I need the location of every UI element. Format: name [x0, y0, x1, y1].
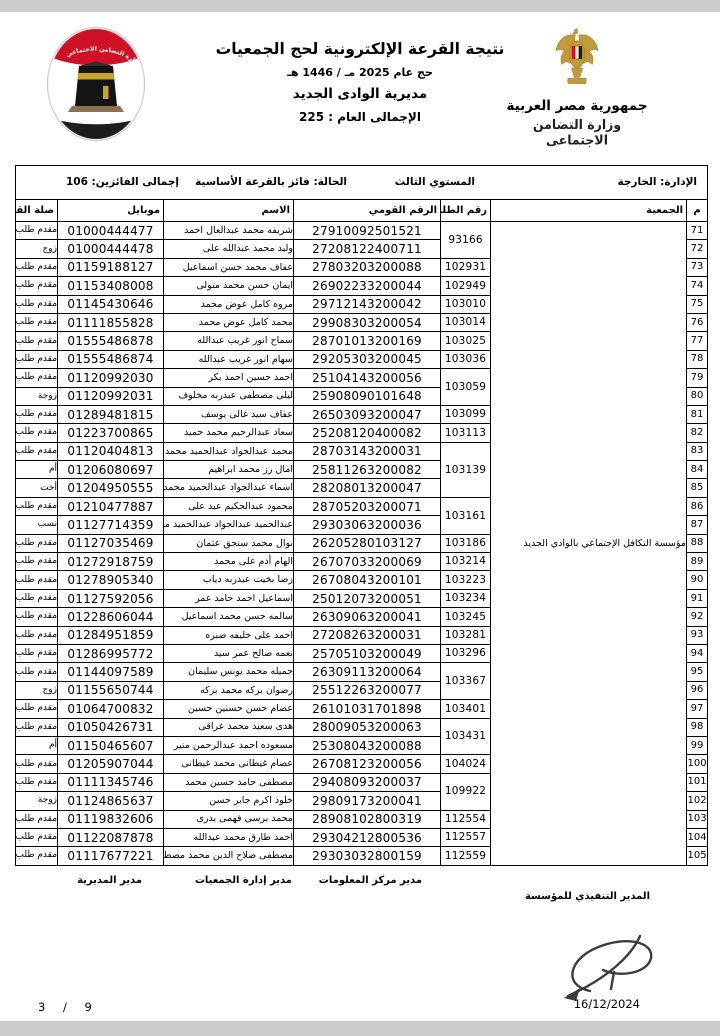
national-id-cell: 26902233200044: [294, 277, 441, 295]
request-number-cell: 103036: [441, 350, 491, 368]
request-number-cell: 103139: [441, 442, 491, 497]
administration-label: الإدارة: الخارجة: [617, 176, 697, 188]
pilgrim-name-cell: اسماء عبدالجواد عبدالحميد محمد: [164, 479, 294, 497]
pilgrim-name-cell: ايمان حسن محمد متولى: [164, 277, 294, 295]
serial-number-cell: 71: [687, 222, 708, 240]
pilgrim-name-cell: احمد على خليفه صبره: [164, 626, 294, 644]
relation-cell: مقدم طلب: [16, 700, 58, 718]
serial-number-cell: 105: [687, 847, 708, 865]
column-header-3: الرقم القومي: [294, 200, 441, 222]
mobile-number-cell: 01210477887: [58, 497, 164, 515]
national-id-cell: 28701013200169: [294, 332, 441, 350]
relation-cell: أم: [16, 736, 58, 754]
national-id-cell: 29205303200045: [294, 350, 441, 368]
serial-number-cell: 74: [687, 277, 708, 295]
relation-cell: مقدم طلب: [16, 608, 58, 626]
pilgrim-name-cell: محمد عبدالجواد عبدالحميد محمد: [164, 442, 294, 460]
national-id-cell: 25012073200051: [294, 589, 441, 607]
pilgrim-name-cell: نعمه صالح عمر سيد: [164, 644, 294, 662]
relation-cell: مقدم طلب: [16, 295, 58, 313]
relation-cell: زوجة: [16, 387, 58, 405]
mobile-number-cell: 01204950555: [58, 479, 164, 497]
serial-number-cell: 78: [687, 350, 708, 368]
pilgrim-name-cell: عصام غيطانى محمد غيطانى: [164, 755, 294, 773]
column-header-4: الاسم: [164, 200, 294, 222]
request-number-cell: 103025: [441, 332, 491, 350]
serial-number-cell: 103: [687, 810, 708, 828]
relation-cell: زوج: [16, 681, 58, 699]
mobile-number-cell: 01127714359: [58, 516, 164, 534]
pilgrim-name-cell: محمد برسى فهمى بدرى: [164, 810, 294, 828]
mobile-number-cell: 01228606044: [58, 608, 164, 626]
hajj-year-line: حج عام 2025 مـ / 1446 هـ: [185, 66, 535, 79]
mobile-number-cell: 01206080697: [58, 461, 164, 479]
pilgrim-name-cell: خلود اكرم جابر حسن: [164, 792, 294, 810]
pilgrim-name-cell: الهام أدم على محمد: [164, 553, 294, 571]
mobile-number-cell: 01284951859: [58, 626, 164, 644]
national-id-cell: 28208013200047: [294, 479, 441, 497]
mobile-number-cell: 01122087878: [58, 828, 164, 846]
national-id-cell: 25908090101648: [294, 387, 441, 405]
document-page: نتيجة القرعة الإلكترونية لحج الجمعيات حج…: [0, 0, 720, 1036]
request-number-cell: 103099: [441, 405, 491, 423]
national-id-cell: 28705203200071: [294, 497, 441, 515]
mobile-number-cell: 01127592056: [58, 589, 164, 607]
request-number-cell: 102949: [441, 277, 491, 295]
request-number-cell: 103401: [441, 700, 491, 718]
pilgrim-name-cell: مصطفى حامد حسين محمد: [164, 773, 294, 791]
relation-cell: مقدم طلب: [16, 405, 58, 423]
relation-cell: نسب: [16, 516, 58, 534]
serial-number-cell: 101: [687, 773, 708, 791]
serial-number-cell: 82: [687, 424, 708, 442]
serial-number-cell: 100: [687, 755, 708, 773]
mobile-number-cell: 01145430646: [58, 295, 164, 313]
relation-cell: مقدم طلب: [16, 571, 58, 589]
mobile-number-cell: 01120992031: [58, 387, 164, 405]
table-row: 71مؤسسة التكافل الإجتماعي بالوادي الجديد…: [16, 222, 708, 240]
pilgrim-name-cell: محمود عبدالحكيم عيد على: [164, 497, 294, 515]
column-header-2: رقم الطلب: [441, 200, 491, 222]
request-number-cell: 103214: [441, 553, 491, 571]
mobile-number-cell: 01153408008: [58, 277, 164, 295]
serial-number-cell: 77: [687, 332, 708, 350]
mobile-number-cell: 01159188127: [58, 258, 164, 276]
national-id-cell: 27803203200088: [294, 258, 441, 276]
mobile-number-cell: 01555486874: [58, 350, 164, 368]
mobile-number-cell: 01120992030: [58, 369, 164, 387]
pilgrim-name-cell: مروه كامل عوض محمد: [164, 295, 294, 313]
serial-number-cell: 80: [687, 387, 708, 405]
mobile-number-cell: 01120404813: [58, 442, 164, 460]
mobile-number-cell: 01000444477: [58, 222, 164, 240]
pilgrim-name-cell: عبدالحميد عبدالجواد عبدالحميد محمد: [164, 516, 294, 534]
relation-cell: مقدم طلب: [16, 424, 58, 442]
serial-number-cell: 83: [687, 442, 708, 460]
table-info-row: الإدارة: الخارجة المستوي الثالث الحالة: …: [16, 166, 708, 200]
relation-cell: مقدم طلب: [16, 497, 58, 515]
column-header-0: م: [687, 200, 708, 222]
mobile-number-cell: 01127035469: [58, 534, 164, 552]
national-id-cell: 26708043200101: [294, 571, 441, 589]
relation-cell: مقدم طلب: [16, 222, 58, 240]
national-id-cell: 27208122400711: [294, 240, 441, 258]
request-number-cell: 103186: [441, 534, 491, 552]
relation-cell: مقدم طلب: [16, 847, 58, 865]
national-id-cell: 29303032800159: [294, 847, 441, 865]
relation-cell: مقدم طلب: [16, 332, 58, 350]
relation-cell: مقدم طلب: [16, 589, 58, 607]
national-id-cell: 26101031701898: [294, 700, 441, 718]
column-header-1: الجمعية: [491, 200, 687, 222]
serial-number-cell: 96: [687, 681, 708, 699]
serial-number-cell: 85: [687, 479, 708, 497]
document-title: نتيجة القرعة الإلكترونية لحج الجمعيات: [185, 40, 535, 58]
request-number-cell: 112559: [441, 847, 491, 865]
national-id-cell: 29809173200041: [294, 792, 441, 810]
pilgrim-name-cell: رضا بخيت عبدربه دياب: [164, 571, 294, 589]
national-id-cell: 28009053200063: [294, 718, 441, 736]
page-current: 3: [38, 1000, 45, 1014]
relation-cell: أخت: [16, 479, 58, 497]
serial-number-cell: 93: [687, 626, 708, 644]
national-id-cell: 25512263200077: [294, 681, 441, 699]
pilgrim-name-cell: احمد طارق محمد عبدالله: [164, 828, 294, 846]
request-number-cell: 103234: [441, 589, 491, 607]
request-number-cell: 109922: [441, 773, 491, 810]
mobile-number-cell: 01155650744: [58, 681, 164, 699]
relation-cell: مقدم طلب: [16, 828, 58, 846]
relation-cell: مقدم طلب: [16, 553, 58, 571]
pilgrim-name-cell: امال رز محمد ابراهيم: [164, 461, 294, 479]
serial-number-cell: 73: [687, 258, 708, 276]
egypt-eagle-icon: [549, 26, 605, 90]
pilgrim-name-cell: احمد حسين احمد بكر: [164, 369, 294, 387]
relation-cell: زوجة: [16, 792, 58, 810]
national-id-cell: 28703143200031: [294, 442, 441, 460]
relation-cell: مقدم طلب: [16, 626, 58, 644]
relation-cell: مقدم طلب: [16, 258, 58, 276]
serial-number-cell: 102: [687, 792, 708, 810]
national-id-cell: 29304212800536: [294, 828, 441, 846]
national-id-cell: 26309063200041: [294, 608, 441, 626]
request-number-cell: 103296: [441, 644, 491, 662]
status-label: الحالة: فائز بالقرعة الأساسية: [195, 176, 347, 188]
kaaba-ministry-badge-icon: وزارة التضامن الاجتماعي: [46, 26, 146, 142]
request-number-cell: 103223: [441, 571, 491, 589]
serial-number-cell: 99: [687, 736, 708, 754]
pilgrim-name-cell: سهام انور غريب عبدالله: [164, 350, 294, 368]
request-number-cell: 103431: [441, 718, 491, 755]
relation-cell: مقدم طلب: [16, 810, 58, 828]
country-name: جمهورية مصر العربية: [502, 98, 652, 114]
mobile-number-cell: 01124865637: [58, 792, 164, 810]
request-number-cell: 103014: [441, 313, 491, 331]
relation-cell: مقدم طلب: [16, 755, 58, 773]
signature-title-associations-admin: مدير إدارة الجمعيات: [195, 875, 292, 886]
mobile-number-cell: 01119832606: [58, 810, 164, 828]
serial-number-cell: 88: [687, 534, 708, 552]
serial-number-cell: 104: [687, 828, 708, 846]
table-header-row: مالجمعيةرقم الطلبالرقم القوميالاسمموبايل…: [16, 200, 708, 222]
mobile-number-cell: 01278905340: [58, 571, 164, 589]
serial-number-cell: 84: [687, 461, 708, 479]
request-number-cell: 103059: [441, 369, 491, 406]
national-id-cell: 25705103200049: [294, 644, 441, 662]
serial-number-cell: 89: [687, 553, 708, 571]
national-id-cell: 29303063200036: [294, 516, 441, 534]
directorate-line: مديرية الوادى الجديد: [185, 86, 535, 102]
mobile-number-cell: 01111345746: [58, 773, 164, 791]
request-number-cell: 112557: [441, 828, 491, 846]
relation-cell: مقدم طلب: [16, 369, 58, 387]
relation-cell: أم: [16, 461, 58, 479]
mobile-number-cell: 01000444478: [58, 240, 164, 258]
request-number-cell: 103281: [441, 626, 491, 644]
request-number-cell: 103113: [441, 424, 491, 442]
mobile-number-cell: 01064700832: [58, 700, 164, 718]
relation-cell: مقدم طلب: [16, 773, 58, 791]
pilgrim-name-cell: نوال محمد سنجق عثمان: [164, 534, 294, 552]
national-id-cell: 29712143200042: [294, 295, 441, 313]
signature-title-info-center: مدير مركز المعلومات: [319, 875, 422, 886]
request-number-cell: 103161: [441, 497, 491, 534]
national-id-cell: 26503093200047: [294, 405, 441, 423]
national-id-cell: 27910092501521: [294, 222, 441, 240]
pilgrim-name-cell: سعاد عبدالرحيم محمد حميد: [164, 424, 294, 442]
pilgrim-name-cell: ليلى مصطفى عبدربه مخلوف: [164, 387, 294, 405]
serial-number-cell: 91: [687, 589, 708, 607]
request-number-cell: 103010: [441, 295, 491, 313]
mobile-number-cell: 01050426731: [58, 718, 164, 736]
serial-number-cell: 76: [687, 313, 708, 331]
mobile-number-cell: 01117677221: [58, 847, 164, 865]
pilgrim-name-cell: هدى سعيد محمد عراقى: [164, 718, 294, 736]
serial-number-cell: 90: [687, 571, 708, 589]
mobile-number-cell: 01111855828: [58, 313, 164, 331]
pilgrim-name-cell: اسماعيل احمد حامد عمر: [164, 589, 294, 607]
request-number-cell: 103245: [441, 608, 491, 626]
relation-cell: مقدم طلب: [16, 350, 58, 368]
pilgrim-name-cell: عفاف محمد حسن اسماعيل: [164, 258, 294, 276]
pilgrim-name-cell: شريفه محمد عبدالعال احمد: [164, 222, 294, 240]
mobile-number-cell: 01272918759: [58, 553, 164, 571]
request-number-cell: 93166: [441, 222, 491, 259]
national-id-cell: 27208263200031: [294, 626, 441, 644]
request-number-cell: 103367: [441, 663, 491, 700]
serial-number-cell: 92: [687, 608, 708, 626]
document-header: نتيجة القرعة الإلكترونية لحج الجمعيات حج…: [185, 40, 535, 124]
column-header-5: موبايل: [58, 200, 164, 222]
association-name-cell: مؤسسة التكافل الإجتماعي بالوادي الجديد: [491, 222, 687, 866]
national-id-cell: 25308043200088: [294, 736, 441, 754]
relation-cell: مقدم طلب: [16, 534, 58, 552]
mobile-number-cell: 01286995772: [58, 644, 164, 662]
serial-number-cell: 97: [687, 700, 708, 718]
pilgrim-name-cell: وليد محمد عبدالله على: [164, 240, 294, 258]
pilgrim-name-cell: عفاف سيد غالى يوسف: [164, 405, 294, 423]
mobile-number-cell: 01223700865: [58, 424, 164, 442]
relation-cell: مقدم طلب: [16, 718, 58, 736]
pilgrim-name-cell: سالمه حسن محمد اسماعيل: [164, 608, 294, 626]
level-label: المستوي الثالث: [395, 176, 475, 188]
mobile-number-cell: 01144097589: [58, 663, 164, 681]
top-gray-strip: [0, 0, 720, 12]
national-id-cell: 29908303200054: [294, 313, 441, 331]
grand-total-line: الإجمالى العام : 225: [185, 110, 535, 124]
serial-number-cell: 79: [687, 369, 708, 387]
pilgrim-name-cell: مصطفى صلاح الدين محمد مصطفى: [164, 847, 294, 865]
relation-cell: زوج: [16, 240, 58, 258]
mobile-number-cell: 01555486878: [58, 332, 164, 350]
serial-number-cell: 81: [687, 405, 708, 423]
total-winners-label: إجمالى الفائزين: 106: [66, 176, 179, 188]
mobile-number-cell: 01150465607: [58, 736, 164, 754]
pilgrim-name-cell: مسعوده احمد عبدالرحمن منير: [164, 736, 294, 754]
relation-cell: مقدم طلب: [16, 442, 58, 460]
document-date: 16/12/2024: [574, 997, 640, 1011]
serial-number-cell: 75: [687, 295, 708, 313]
signature-title-executive-manager: المدير التنفيذي للمؤسسة: [525, 891, 650, 902]
serial-number-cell: 95: [687, 663, 708, 681]
relation-cell: مقدم طلب: [16, 313, 58, 331]
national-id-cell: 26708123200056: [294, 755, 441, 773]
results-table: الإدارة: الخارجة المستوي الثالث الحالة: …: [15, 165, 708, 866]
request-number-cell: 112554: [441, 810, 491, 828]
request-number-cell: 102931: [441, 258, 491, 276]
national-id-cell: 28908102800319: [294, 810, 441, 828]
relation-cell: مقدم طلب: [16, 663, 58, 681]
serial-number-cell: 86: [687, 497, 708, 515]
serial-number-cell: 72: [687, 240, 708, 258]
state-emblem-block: جمهورية مصر العربية وزارة التضامن الاجتم…: [502, 26, 652, 147]
handwritten-signature: [550, 915, 662, 1010]
national-id-cell: 25811263200082: [294, 461, 441, 479]
pilgrim-name-cell: سماح انور غريب عبدالله: [164, 332, 294, 350]
national-id-cell: 25208120400082: [294, 424, 441, 442]
table-body: 71مؤسسة التكافل الإجتماعي بالوادي الجديد…: [16, 222, 708, 866]
page-indicator: 3 / 9: [38, 1000, 106, 1014]
national-id-cell: 25104143200056: [294, 369, 441, 387]
national-id-cell: 26205280103127: [294, 534, 441, 552]
page-separator: /: [63, 1000, 67, 1014]
ministry-name-calligraphy: وزارة التضامن الاجتماعى: [502, 116, 652, 148]
national-id-cell: 29408093200037: [294, 773, 441, 791]
page-total: 9: [85, 1000, 92, 1014]
request-number-cell: 104024: [441, 755, 491, 773]
serial-number-cell: 98: [687, 718, 708, 736]
national-id-cell: 26309113200064: [294, 663, 441, 681]
mobile-number-cell: 01205907044: [58, 755, 164, 773]
pilgrim-name-cell: محمد كامل عوض محمد: [164, 313, 294, 331]
serial-number-cell: 87: [687, 516, 708, 534]
pilgrim-name-cell: رضوان بركه محمد بركه: [164, 681, 294, 699]
relation-cell: مقدم طلب: [16, 277, 58, 295]
national-id-cell: 26707033200069: [294, 553, 441, 571]
relation-cell: مقدم طلب: [16, 644, 58, 662]
signature-title-directorate-manager: مدير المديرية: [77, 875, 142, 886]
pilgrim-name-cell: عصام حسن حسنين حسين: [164, 700, 294, 718]
column-header-6: صلة القرابه: [16, 200, 58, 222]
serial-number-cell: 94: [687, 644, 708, 662]
bottom-gray-strip: [0, 1021, 720, 1036]
mobile-number-cell: 01289481815: [58, 405, 164, 423]
pilgrim-name-cell: جميله محمد يونس سليمان: [164, 663, 294, 681]
